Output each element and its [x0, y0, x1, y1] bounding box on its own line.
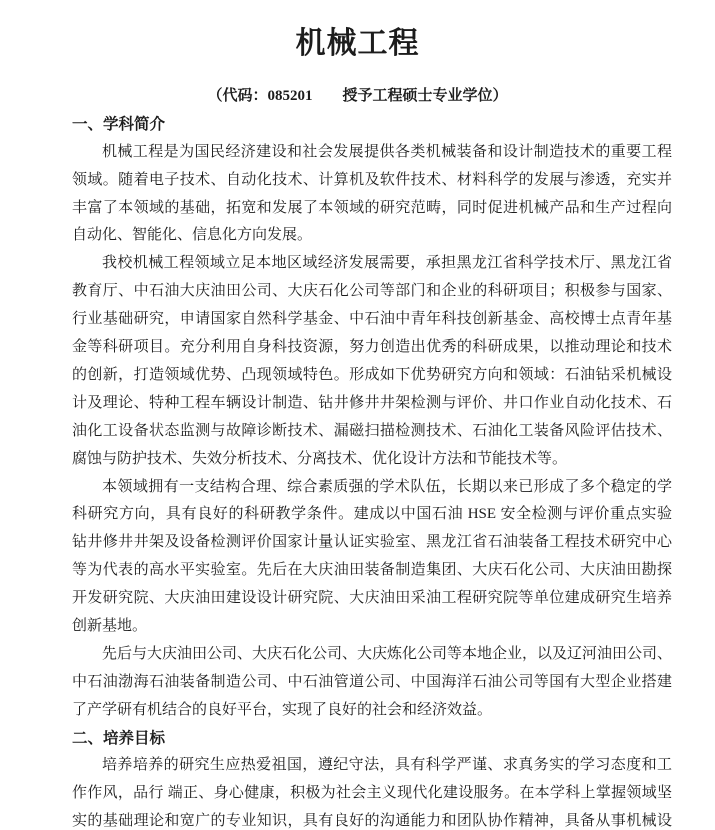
paragraph-line: 计及理论、特种工程车辆设计制造、钻井修井井架检测与评价、井口作业自动化技术、石 — [72, 390, 672, 418]
paragraph-line: 培养培养的研究生应热爱祖国，遵纪守法，具有科学严谨、求真务实的学习态度和工 — [72, 752, 672, 780]
page-title: 机械工程 — [0, 20, 715, 68]
paragraph-line: 丰富了本领域的基础，拓宽和发展了本领域的研究范畴，同时促进机械产品和生产过程向 — [72, 195, 672, 223]
document-page: 机械工程 （代码：085201 授予工程硕士专业学位） 一、学科简介机械工程是为… — [0, 0, 715, 830]
paragraph-line: 中石油渤海石油装备制造公司、中石油管道公司、中国海洋石油公司等国有大型企业搭建 — [72, 669, 672, 697]
paragraph-line: 金等科研项目。充分利用自身科技资源，努力创造出优秀的科研成果，以推动理论和技术 — [72, 334, 672, 362]
paragraph-line: 科研究方向，具有良好的科研教学条件。建成以中国石油 HSE 安全检测与评价重点实… — [72, 501, 672, 529]
paragraph-line: 先后与大庆油田公司、大庆石化公司、大庆炼化公司等本地企业，以及辽河油田公司、 — [72, 641, 672, 669]
section-heading: 二、培养目标 — [72, 725, 672, 753]
paragraph-line: 创新基地。 — [72, 613, 672, 641]
paragraph-line: 作作风，品行 端正、身心健康，积极为社会主义现代化建设服务。在本学科上掌握领域坚 — [72, 780, 672, 808]
paragraph-line: 本领域拥有一支结构合理、综合素质强的学术队伍，长期以来已形成了多个稳定的学 — [72, 474, 672, 502]
paragraph-line: 行业基础研究，申请国家自然科学基金、中石油中青年科技创新基金、高校博士点青年基 — [72, 306, 672, 334]
paragraph-line: 自动化、智能化、信息化方向发展。 — [72, 222, 672, 250]
document-body: 一、学科简介机械工程是为国民经济建设和社会发展提供各类机械装备和设计制造技术的重… — [72, 111, 672, 830]
paragraph-line: 实的基础理论和宽广的专业知识，具有良好的沟通能力和团队协作精神，具备从事机械设 — [72, 808, 672, 830]
paragraph-line: 我校机械工程领域立足本地区域经济发展需要，承担黑龙江省科学技术厅、黑龙江省 — [72, 250, 672, 278]
paragraph-line: 的创新，打造领域优势、凸现领域特色。形成如下优势研究方向和领域：石油钻采机械设 — [72, 362, 672, 390]
paragraph-line: 等为代表的高水平实验室。先后在大庆油田装备制造集团、大庆石化公司、大庆油田勘探 — [72, 557, 672, 585]
paragraph-line: 钻井修井井架及设备检测评价国家计量认证实验室、黑龙江省石油装备工程技术研究中心 — [72, 529, 672, 557]
paragraph-line: 机械工程是为国民经济建设和社会发展提供各类机械装备和设计制造技术的重要工程 — [72, 139, 672, 167]
paragraph-line: 油化工设备状态监测与故障诊断技术、漏磁扫描检测技术、石油化工装备风险评估技术、 — [72, 418, 672, 446]
paragraph-line: 领域。随着电子技术、自动化技术、计算机及软件技术、材料科学的发展与渗透，充实并 — [72, 167, 672, 195]
section-heading: 一、学科简介 — [72, 111, 672, 139]
paragraph-line: 了产学研有机结合的良好平台，实现了良好的社会和经济效益。 — [72, 697, 672, 725]
paragraph-line: 教育厅、中石油大庆油田公司、大庆石化公司等部门和企业的科研项目；积极参与国家、 — [72, 278, 672, 306]
paragraph-line: 腐蚀与防护技术、失效分析技术、分离技术、优化设计方法和节能技术等。 — [72, 446, 672, 474]
page-subtitle: （代码：085201 授予工程硕士专业学位） — [0, 83, 715, 111]
paragraph-line: 开发研究院、大庆油田建设设计研究院、大庆油田采油工程研究院等单位建成研究生培养 — [72, 585, 672, 613]
